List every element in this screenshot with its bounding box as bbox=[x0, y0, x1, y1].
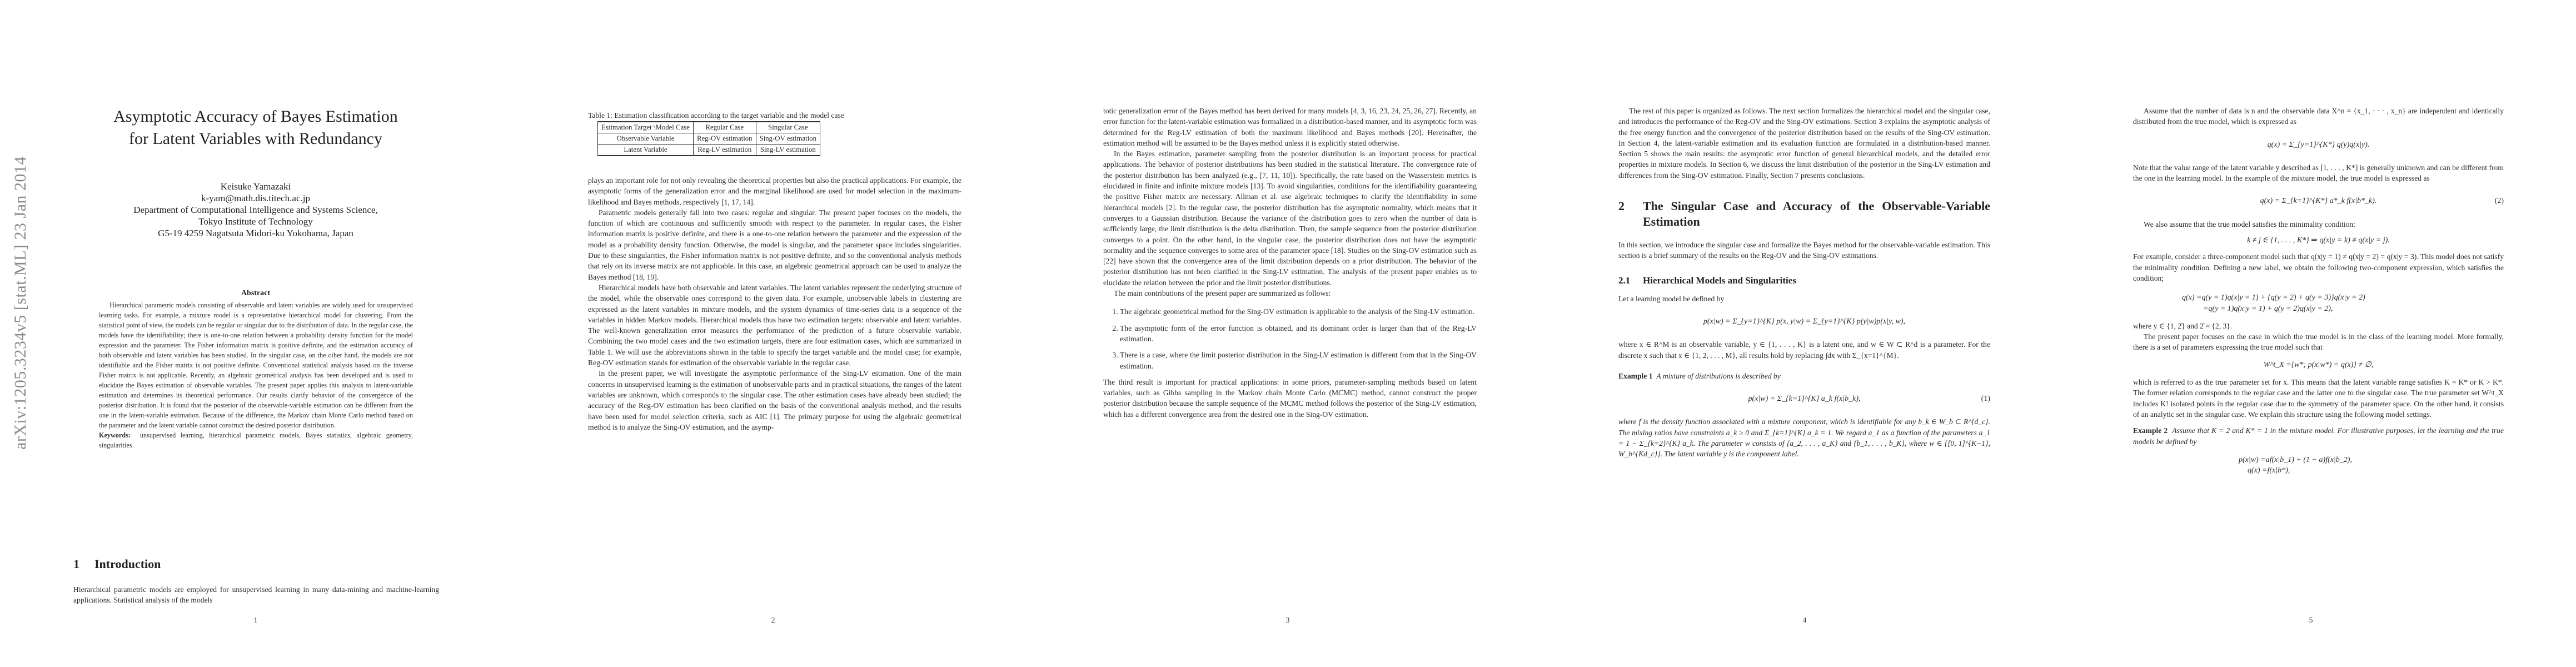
author-name: Keisuke Yamazaki bbox=[33, 181, 478, 192]
paragraph: Hierarchical parametric models are emplo… bbox=[73, 584, 439, 606]
arxiv-stamp: arXiv:1205.3234v5 [stat.ML] 23 Jan 2014 bbox=[11, 146, 30, 460]
author-block: Keisuke Yamazaki k-yam@math.dis.titech.a… bbox=[33, 181, 478, 239]
page-2-body: Table 1: Estimation classification accor… bbox=[588, 109, 961, 432]
page-number: 4 bbox=[1793, 616, 1816, 625]
page-5-body: Assume that the number of data is n and … bbox=[2133, 106, 2504, 484]
paragraph: We also assume that the true model satis… bbox=[2133, 219, 2504, 230]
page-4-body: The rest of this paper is organized as f… bbox=[1618, 106, 1990, 460]
equation-number: (2) bbox=[2495, 196, 2504, 206]
equation-number: (1) bbox=[1981, 394, 1990, 404]
paragraph: where x ∈ R^M is an observable variable,… bbox=[1618, 339, 1990, 361]
page-number: 5 bbox=[2300, 616, 2322, 625]
paragraph: In the Bayes estimation, parameter sampl… bbox=[1103, 148, 1477, 288]
list-item: The algebraic geometrical method for the… bbox=[1120, 306, 1477, 317]
list-item: There is a case, where the limit posteri… bbox=[1120, 350, 1477, 371]
paragraph: where y ∈ {1, 2̄} and 2̄ = {2, 3}. bbox=[2133, 321, 2504, 331]
example-2: Example 2 Assume that K = 2 and K* = 1 i… bbox=[2133, 425, 2504, 447]
institution: Tokyo Institute of Technology bbox=[33, 216, 478, 227]
section-heading: 2 The Singular Case and Accuracy of the … bbox=[1618, 198, 1990, 230]
equation: p(x|w) =af(x|b_1) + (1 − a)f(x|b_2), q(x… bbox=[2133, 455, 2504, 476]
table-row: Latent Variable Reg-LV estimation Sing-L… bbox=[598, 145, 820, 156]
table-header-row: Estimation Target \Model Case Regular Ca… bbox=[598, 122, 820, 133]
keywords: Keywords: unsupervised learning, hierarc… bbox=[99, 430, 413, 450]
list-item: The asymptotic form of the error functio… bbox=[1120, 323, 1477, 345]
paragraph: The third result is important for practi… bbox=[1103, 377, 1477, 420]
affiliation: Department of Computational Intelligence… bbox=[33, 204, 478, 216]
page-2: Table 1: Estimation classification accor… bbox=[515, 0, 1030, 667]
paragraph: where f is the density function associat… bbox=[1618, 416, 1990, 459]
paper-title: Asymptotic Accuracy of Bayes Estimation … bbox=[33, 106, 478, 150]
page-number: 1 bbox=[245, 616, 267, 625]
equation: q(x) = Σ_{y=1}^{K*} q(y)q(x|y). bbox=[2133, 140, 2504, 150]
page-4: The rest of this paper is organized as f… bbox=[1546, 0, 2061, 667]
paragraph: Parametric models generally fall into tw… bbox=[588, 207, 961, 282]
abstract: Hierarchical parametric models consistin… bbox=[99, 300, 413, 450]
table-row: Observable Variable Reg-OV estimation Si… bbox=[598, 133, 820, 145]
paragraph: which is referred to as the true paramet… bbox=[2133, 377, 2504, 420]
paragraph: The present paper focuses on the case in… bbox=[2133, 331, 2504, 353]
address: G5-19 4259 Nagatsuta Midori-ku Yokohama,… bbox=[33, 227, 478, 239]
paragraph: The rest of this paper is organized as f… bbox=[1618, 106, 1990, 181]
contributions-list: The algebraic geometrical method for the… bbox=[1103, 306, 1477, 371]
paragraph: Hierarchical models have both observable… bbox=[588, 282, 961, 368]
paragraph: Let a learning model be defined by bbox=[1618, 293, 1990, 304]
estimation-table: Estimation Target \Model Case Regular Ca… bbox=[597, 121, 820, 156]
page-3-body: totic generalization error of the Bayes … bbox=[1103, 106, 1477, 420]
table-caption: Table 1: Estimation classification accor… bbox=[588, 109, 961, 121]
introduction: 1Introduction Hierarchical parametric mo… bbox=[73, 556, 439, 606]
abstract-heading: Abstract bbox=[33, 289, 478, 298]
page-1: arXiv:1205.3234v5 [stat.ML] 23 Jan 2014 … bbox=[0, 0, 515, 667]
abstract-text: Hierarchical parametric models consistin… bbox=[99, 300, 413, 430]
page-5: Assume that the number of data is n and … bbox=[2061, 0, 2576, 667]
author-email: k-yam@math.dis.titech.ac.jp bbox=[33, 192, 478, 204]
paragraph: plays an important role for not only rev… bbox=[588, 175, 961, 207]
paragraph: In the present paper, we will investigat… bbox=[588, 368, 961, 432]
equation: k ≠ j ∈ {1, . . . , K*} ⇒ q(x|y = k) ≠ q… bbox=[2133, 235, 2504, 246]
subsection-heading: 2.1Hierarchical Models and Singularities bbox=[1618, 275, 1990, 287]
equation-2: q(x) = Σ_{k=1}^{K*} a*_k f(x|b*_k). (2) bbox=[2133, 196, 2504, 206]
paragraph: totic generalization error of the Bayes … bbox=[1103, 106, 1477, 148]
paragraph: In this section, we introduce the singul… bbox=[1618, 240, 1990, 261]
section-heading: 1Introduction bbox=[73, 556, 439, 572]
page-3: totic generalization error of the Bayes … bbox=[1030, 0, 1546, 667]
paragraph: The main contributions of the present pa… bbox=[1103, 288, 1477, 298]
page-number: 3 bbox=[1277, 616, 1299, 625]
paragraph: Note that the value range of the latent … bbox=[2133, 162, 2504, 184]
equation: p(x|w) = Σ_{y=1}^{K} p(x, y|w) = Σ_{y=1}… bbox=[1618, 316, 1990, 327]
equation: q(x) =q(y = 1)q(x|y = 1) + {q(y = 2) + q… bbox=[2133, 292, 2504, 314]
keywords-label: Keywords: bbox=[99, 431, 131, 439]
equation-1: p(x|w) = Σ_{k=1}^{K} a_k f(x|b_k), (1) bbox=[1618, 394, 1990, 404]
equation: W^t_X ={w*; p(x|w*) = q(x)} ≠ ∅, bbox=[2133, 360, 2504, 370]
example-1: Example 1 A mixture of distributions is … bbox=[1618, 371, 1990, 381]
page-number: 2 bbox=[762, 616, 784, 625]
paragraph: Assume that the number of data is n and … bbox=[2133, 106, 2504, 127]
paragraph: For example, consider a three-component … bbox=[2133, 251, 2504, 283]
